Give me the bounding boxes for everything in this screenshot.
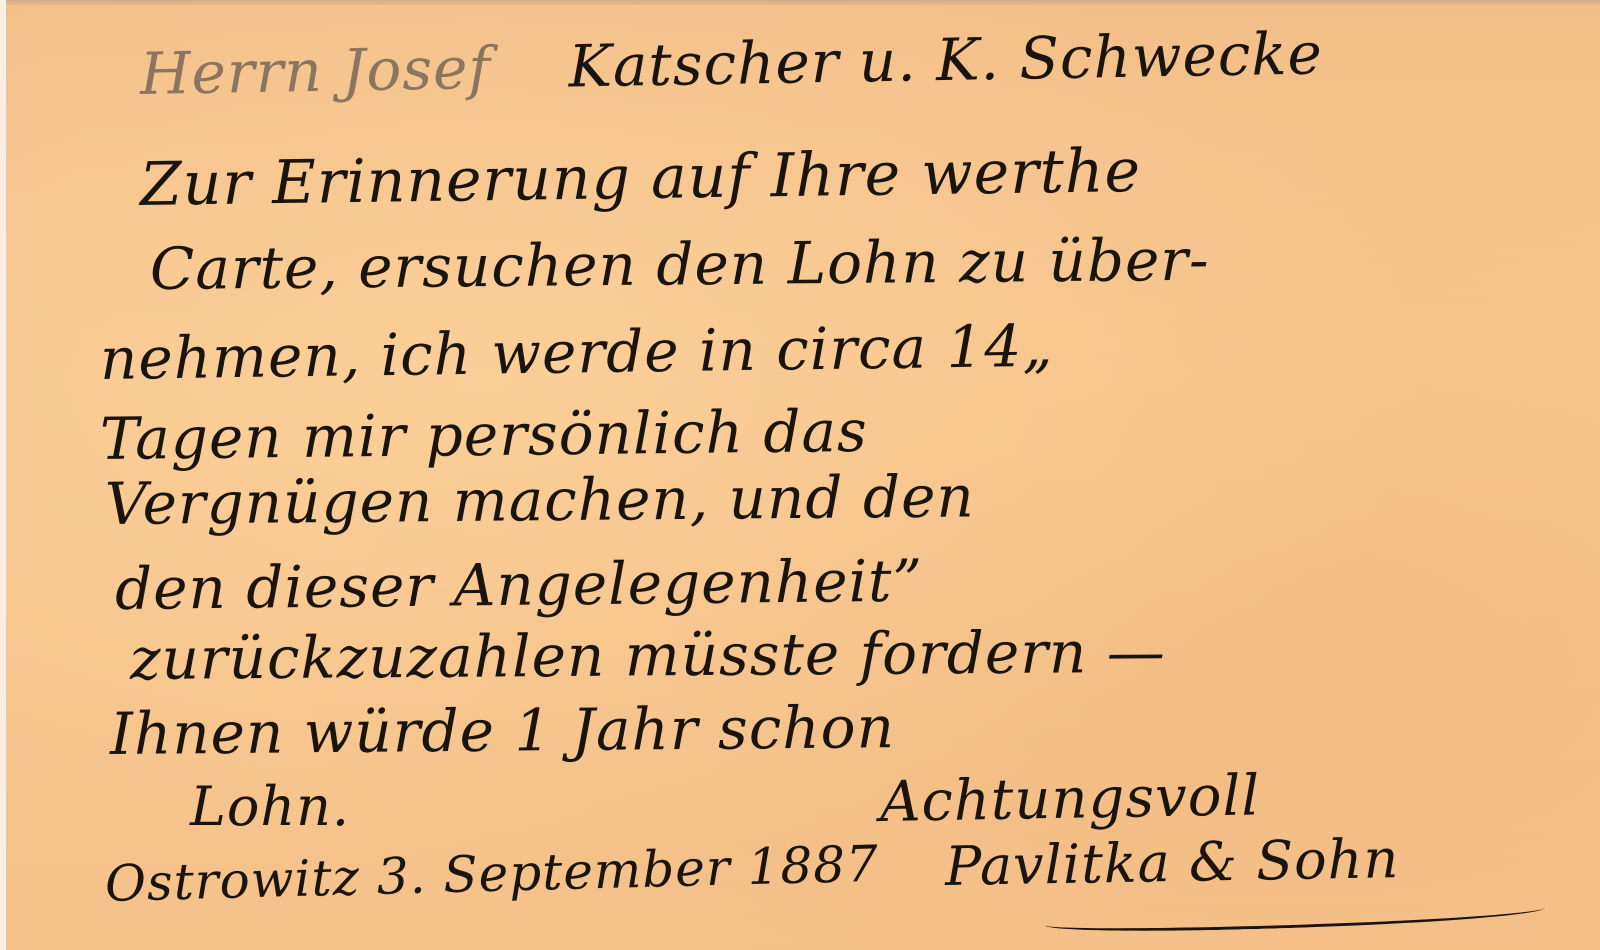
signature: Pavlitka & Sohn	[944, 827, 1399, 898]
signature-flourish	[1045, 898, 1545, 934]
address-salutation: Herrn Josef	[139, 34, 491, 108]
valediction: Achtungsvoll	[879, 763, 1260, 835]
body-line-1: Zur Erinnerung auf Ihre werthe	[140, 136, 1142, 220]
body-line-8: Ihnen würde 1 Jahr schon	[110, 693, 895, 768]
body-line-7: zurückzuzahlen müsste fordern —	[130, 618, 1166, 693]
body-line-9: Lohn.	[190, 775, 350, 838]
paper-top-edge	[6, 0, 1600, 5]
address-recipient: Katscher u. K. Schwecke	[568, 19, 1323, 100]
postcard: Herrn Josef Katscher u. K. Schwecke Zur …	[0, 0, 1600, 950]
address-line: Herrn Josef Katscher u. K. Schwecke	[139, 19, 1323, 108]
body-line-3: nehmen, ich werde in circa 14„	[100, 312, 1054, 393]
place-date: Ostrowitz 3. September 1887	[104, 835, 879, 913]
body-line-6: den dieser Angelegenheit”	[115, 547, 924, 623]
body-line-4: Tagen mir persönlich das	[100, 397, 868, 473]
body-line-5: Vergnügen machen, und den	[105, 462, 975, 538]
paper-left-edge	[0, 0, 6, 950]
body-line-2: Carte, ersuchen den Lohn zu über-	[150, 226, 1210, 303]
